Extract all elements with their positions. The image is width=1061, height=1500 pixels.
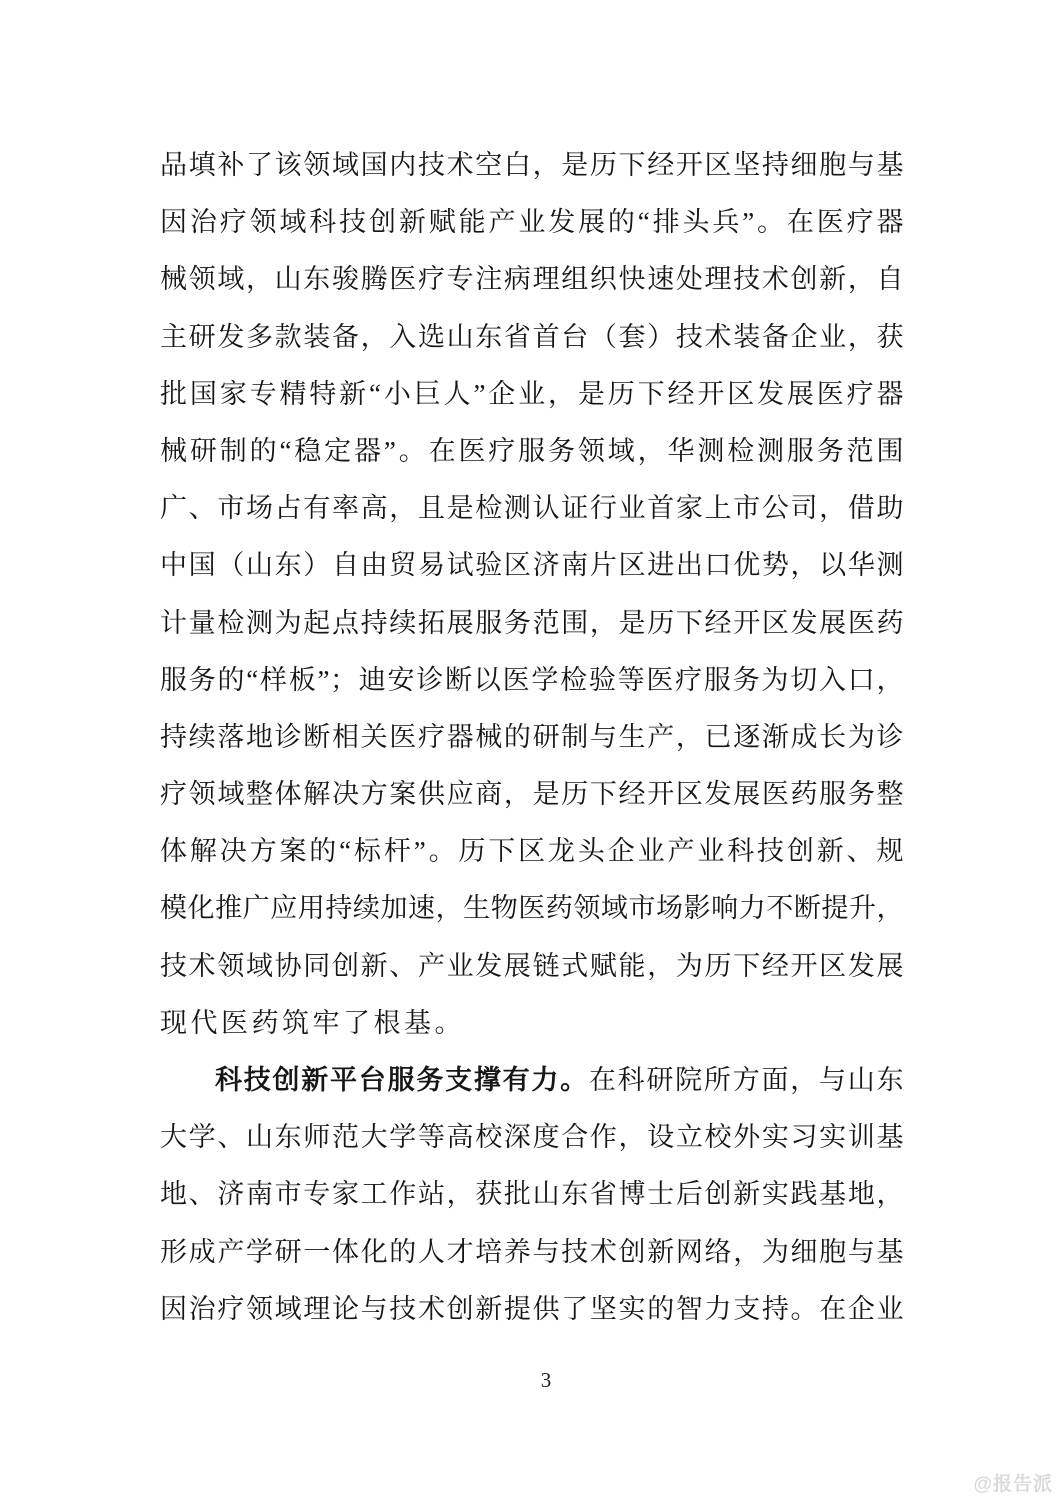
text-run: 中国（山东）自由贸易试验区济南片区进出口优势，以华测	[160, 550, 904, 580]
paragraph-lead-bold: 科技创新平台服务支撑有力。	[215, 1065, 589, 1095]
text-line: 因治疗领域理论与技术创新提供了坚实的智力支持。在企业	[160, 1281, 904, 1338]
text-line: 技术领域协同创新、产业发展链式赋能，为历下经开区发展	[160, 938, 904, 995]
text-run: 持续落地诊断相关医疗器械的研制与生产，已逐渐成长为诊	[160, 722, 904, 752]
text-run: 形成产学研一体化的人才培养与技术创新网络，为细胞与基	[160, 1237, 904, 1267]
text-run: 技术领域协同创新、产业发展链式赋能，为历下经开区发展	[160, 951, 904, 981]
text-run: 因治疗领域理论与技术创新提供了坚实的智力支持。在企业	[160, 1294, 904, 1324]
text-line: 广、市场占有率高，且是检测认证行业首家上市公司，借助	[160, 480, 904, 537]
text-line: 械领域，山东骏腾医疗专注病理组织快速处理技术创新，自	[160, 251, 904, 308]
text-run: 主研发多款装备，入选山东省首台（套）技术装备企业，获	[160, 322, 904, 352]
page-number: 3	[541, 1368, 552, 1393]
text-line: 服务的“样板”；迪安诊断以医学检验等医疗服务为切入口，	[160, 652, 904, 709]
text-line: 科技创新平台服务支撑有力。在科研院所方面，与山东	[160, 1052, 904, 1109]
text-run: 广、市场占有率高，且是检测认证行业首家上市公司，借助	[160, 493, 904, 523]
text-line: 体解决方案的“标杆”。历下区龙头企业产业科技创新、规	[160, 823, 904, 880]
text-line: 品填补了该领域国内技术空白，是历下经开区坚持细胞与基	[160, 137, 904, 194]
text-line: 大学、山东师范大学等高校深度合作，设立校外实习实训基	[160, 1109, 904, 1166]
text-run: 批国家专精特新“小巨人”企业，是历下经开区发展医疗器	[160, 379, 904, 409]
text-line: 持续落地诊断相关医疗器械的研制与生产，已逐渐成长为诊	[160, 709, 904, 766]
text-run: 疗领域整体解决方案供应商，是历下经开区发展医药服务整	[160, 779, 904, 809]
text-line: 械研制的“稳定器”。在医疗服务领域，华测检测服务范围	[160, 423, 904, 480]
text-line: 地、济南市专家工作站，获批山东省博士后创新实践基地，	[160, 1166, 904, 1223]
text-run: 械研制的“稳定器”。在医疗服务领域，华测检测服务范围	[160, 436, 904, 466]
text-line: 模化推广应用持续加速，生物医药领域市场影响力不断提升，	[160, 880, 904, 937]
text-line: 批国家专精特新“小巨人”企业，是历下经开区发展医疗器	[160, 366, 904, 423]
text-line: 现代医药筑牢了根基。	[160, 995, 904, 1052]
text-run: 计量检测为起点持续拓展服务范围，是历下经开区发展医药	[160, 608, 904, 638]
text-line: 计量检测为起点持续拓展服务范围，是历下经开区发展医药	[160, 595, 904, 652]
document-page: 品填补了该领域国内技术空白，是历下经开区坚持细胞与基因治疗领域科技创新赋能产业发…	[0, 0, 1061, 1500]
text-line: 因治疗领域科技创新赋能产业发展的“排头兵”。在医疗器	[160, 194, 904, 251]
text-run: 模化推广应用持续加速，生物医药领域市场影响力不断提升，	[160, 893, 904, 923]
text-run: 现代医药筑牢了根基。	[160, 1008, 465, 1038]
text-run: 大学、山东师范大学等高校深度合作，设立校外实习实训基	[160, 1122, 904, 1152]
text-run: 品填补了该领域国内技术空白，是历下经开区坚持细胞与基	[160, 150, 904, 180]
watermark-text: @报告派	[973, 1469, 1053, 1496]
text-line: 主研发多款装备，入选山东省首台（套）技术装备企业，获	[160, 309, 904, 366]
text-run: 在科研院所方面，与山东	[589, 1065, 904, 1095]
text-run: 地、济南市专家工作站，获批山东省博士后创新实践基地，	[160, 1179, 904, 1209]
text-line: 疗领域整体解决方案供应商，是历下经开区发展医药服务整	[160, 766, 904, 823]
text-line: 形成产学研一体化的人才培养与技术创新网络，为细胞与基	[160, 1224, 904, 1281]
text-run: 因治疗领域科技创新赋能产业发展的“排头兵”。在医疗器	[160, 207, 904, 237]
text-line: 中国（山东）自由贸易试验区济南片区进出口优势，以华测	[160, 537, 904, 594]
body-text-block: 品填补了该领域国内技术空白，是历下经开区坚持细胞与基因治疗领域科技创新赋能产业发…	[160, 137, 904, 1338]
text-run: 械领域，山东骏腾医疗专注病理组织快速处理技术创新，自	[160, 264, 904, 294]
text-run: 体解决方案的“标杆”。历下区龙头企业产业科技创新、规	[160, 836, 904, 866]
text-run: 服务的“样板”；迪安诊断以医学检验等医疗服务为切入口，	[160, 665, 904, 695]
